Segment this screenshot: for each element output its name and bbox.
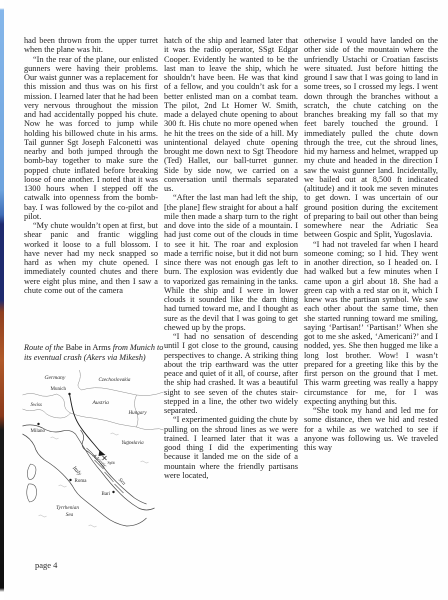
map-label-yugoslavia: Yugoslavia [122, 440, 145, 446]
text-column-2: hatch of the ship and learned later that… [164, 36, 298, 558]
map-island-sardinia [27, 484, 37, 502]
map-border-line [23, 394, 57, 397]
map-border-line [82, 388, 164, 396]
text-column-1: had been thrown from the upper turret wh… [24, 36, 158, 341]
map-terrain-mark [141, 461, 149, 463]
article-paragraph: had been thrown from the upper turret wh… [24, 36, 158, 55]
article-paragraph: “I had not traveled far when I heard som… [304, 240, 438, 407]
map-border-line [23, 409, 47, 414]
map-label-roma: Roma [75, 479, 88, 484]
map-island-corsica [27, 464, 36, 479]
map-caption-text: Route of the [24, 343, 66, 352]
map-label-italy: Italy [70, 465, 82, 478]
map-label-munich: Munich [51, 387, 67, 392]
roma-city-dot [69, 479, 71, 481]
article-paragraph: “My chute wouldn’t open at first, but sh… [24, 221, 158, 295]
map-label-austria: Austria [92, 400, 110, 406]
plane-name: Babe in Arms [66, 343, 111, 352]
article-paragraph: “I had no sensation of descending until … [164, 332, 298, 415]
milano-city-dot [37, 423, 39, 425]
article-paragraph: otherwise I would have landed on the oth… [304, 36, 438, 240]
munich-city-dot [68, 393, 70, 395]
article-paragraph: “She took my hand and led me for some di… [304, 406, 438, 452]
route-map: Germany Czechoslovakia Munich Swiss Aust… [22, 368, 164, 555]
map-label-bari: Bari [102, 492, 111, 497]
scan-edge-artifact [0, 0, 4, 600]
map-border-line [71, 413, 137, 427]
map-label-czechoslovakia: Czechoslovakia [99, 377, 131, 383]
article-paragraph: “In the rear of the plane, our enlisted … [24, 55, 158, 222]
article-paragraph: “I experimented guiding the chute by pul… [164, 415, 298, 480]
text-column-3: otherwise I would have landed on the oth… [304, 36, 438, 558]
article-paragraph: “After the last man had left the ship, [… [164, 193, 298, 332]
map-label-tyrrhenian: Tyrrhenian [56, 505, 79, 511]
page-number: page 4 [35, 560, 57, 570]
map-border-line [137, 427, 164, 430]
article-paragraph: hatch of the ship and learned later that… [164, 36, 298, 193]
map-label-split: Split [108, 461, 116, 465]
map-label-adriatic-sea-word: Sea [117, 477, 127, 487]
map-terrain-mark [111, 433, 119, 435]
map-caption: Route of the Babe in Arms from Munich to… [24, 343, 164, 362]
bari-city-dot [112, 491, 114, 493]
map-border-line [57, 394, 71, 413]
flight-route-arrowhead [99, 450, 106, 456]
map-border-line [47, 413, 71, 418]
map-terrain-mark [51, 437, 59, 439]
map-label-tyrrhenian-sea-word: Sea [66, 512, 74, 518]
map-label-milano: Milano [31, 429, 46, 434]
map-terrain-mark [39, 515, 47, 517]
map-label-hungary: Hungary [128, 410, 148, 416]
scanned-page: had been thrown from the upper turret wh… [0, 0, 448, 600]
map-terrain-mark [59, 485, 67, 487]
map-border-line [78, 370, 82, 390]
map-label-germany: Germany [45, 375, 66, 381]
map-terrain-mark [89, 525, 97, 527]
map-label-swiss: Swiss [31, 402, 42, 408]
